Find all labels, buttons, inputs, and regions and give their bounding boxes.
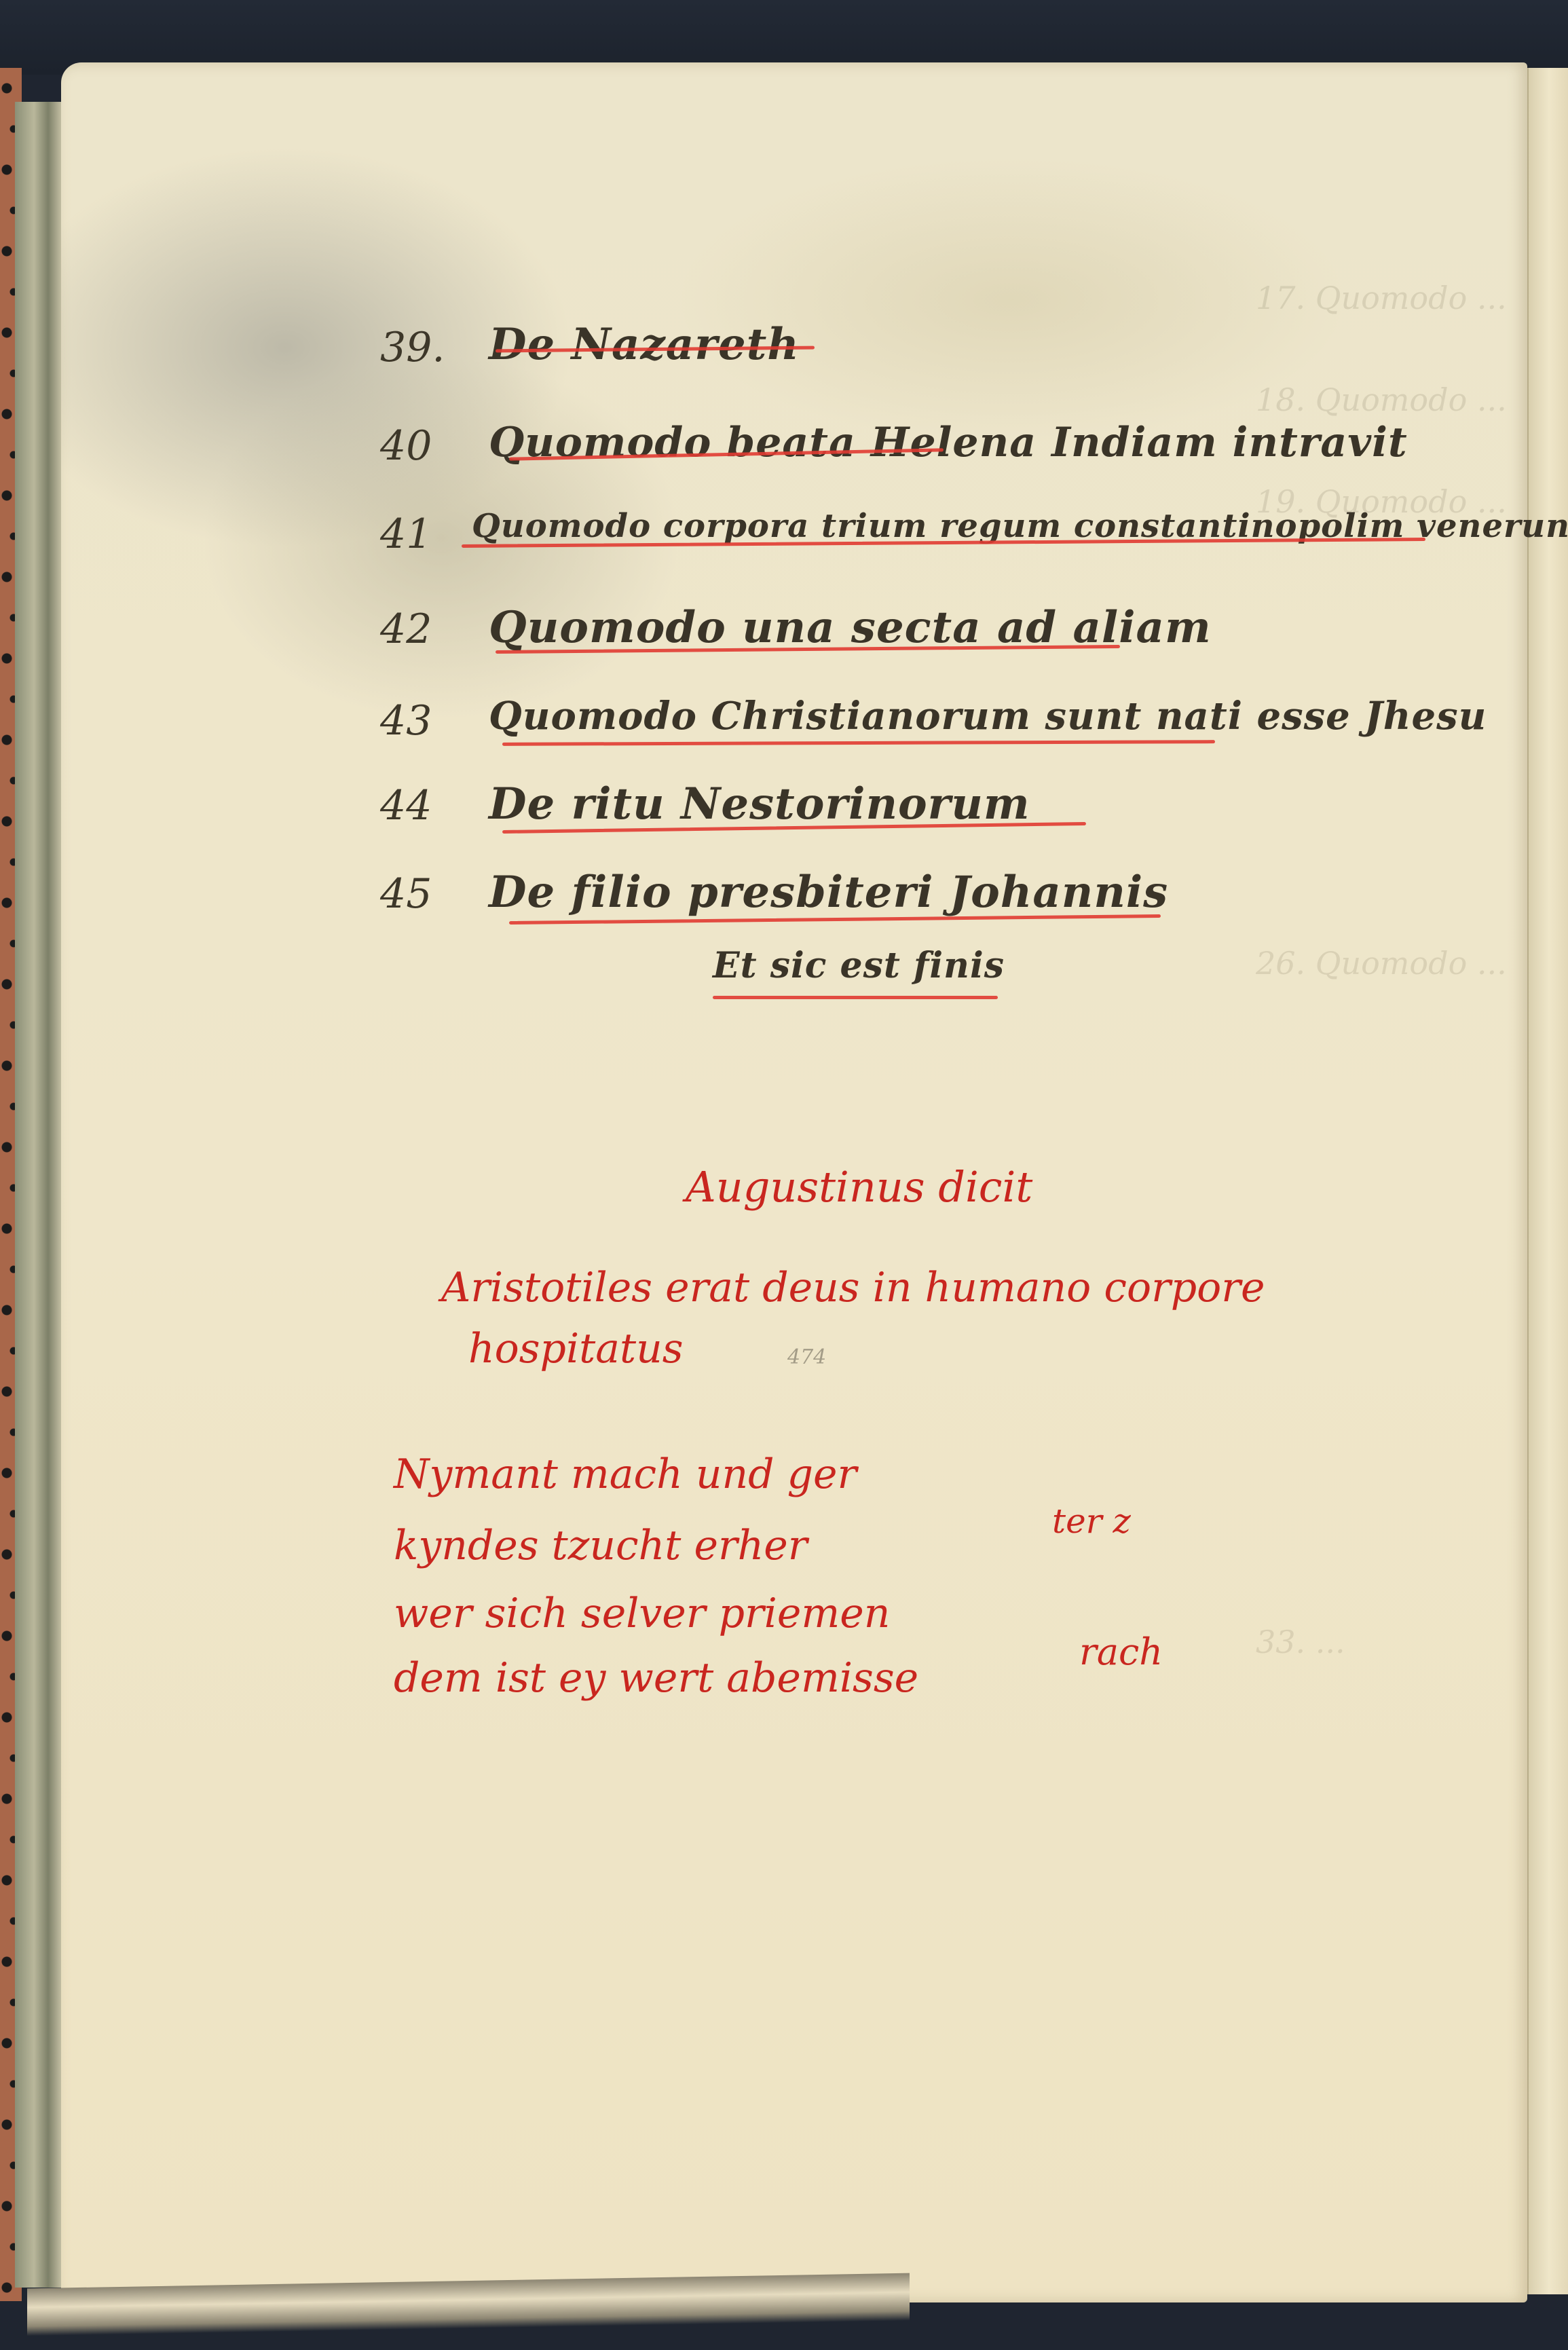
toc-number: 42: [380, 605, 432, 653]
page-block-edge: [15, 102, 62, 2288]
toc-number: 45: [380, 870, 432, 918]
toc-number: 41: [380, 510, 432, 558]
rubric-verse-line: Nymant mach und ger: [394, 1451, 857, 1498]
pencil-folio-number: 474: [787, 1345, 826, 1369]
rubric-verse-line: wer sich selver priemen: [394, 1590, 890, 1637]
red-underline: [713, 996, 998, 999]
rubric-verse-line: dem ist ey wert abemisse: [394, 1654, 918, 1702]
rubric-heading: Augustinus dicit: [686, 1162, 1032, 1212]
show-through-text: 26. Quomodo ...: [1256, 945, 1507, 982]
toc-number: 40: [380, 422, 432, 470]
toc-number: 44: [380, 782, 432, 829]
rubric-verse-line: kyndes tzucht erher: [394, 1522, 808, 1569]
show-through-text: 33. ...: [1256, 1624, 1345, 1660]
rubric-latin-line: hospitatus: [468, 1325, 684, 1373]
explicit-text: Et sic est finis: [713, 945, 1005, 986]
toc-text: De ritu Nestorinorum: [489, 779, 1030, 829]
toc-number: 39.: [380, 324, 445, 371]
rubric-verse-addition: rach: [1079, 1630, 1163, 1673]
toc-text: De filio presbiteri Johannis: [489, 867, 1168, 918]
toc-text: De Nazareth: [489, 319, 800, 370]
rubric-latin-line: Aristotiles erat deus in humano corpore: [441, 1264, 1265, 1311]
red-underline: [502, 740, 1215, 746]
facing-page-edge: [1527, 68, 1568, 2294]
toc-number: 43: [380, 697, 432, 745]
rubric-verse-addition: ter z: [1052, 1502, 1131, 1541]
show-through-text: 18. Quomodo ...: [1256, 381, 1507, 418]
toc-text: Quomodo beata Helena Indiam intravit: [489, 419, 1408, 466]
toc-text: Quomodo Christianorum sunt nati esse Jhe…: [489, 694, 1487, 739]
show-through-text: 17. Quomodo ...: [1256, 280, 1507, 316]
manuscript-page: 17. Quomodo ... 18. Quomodo ... 19. Quom…: [61, 62, 1527, 2302]
